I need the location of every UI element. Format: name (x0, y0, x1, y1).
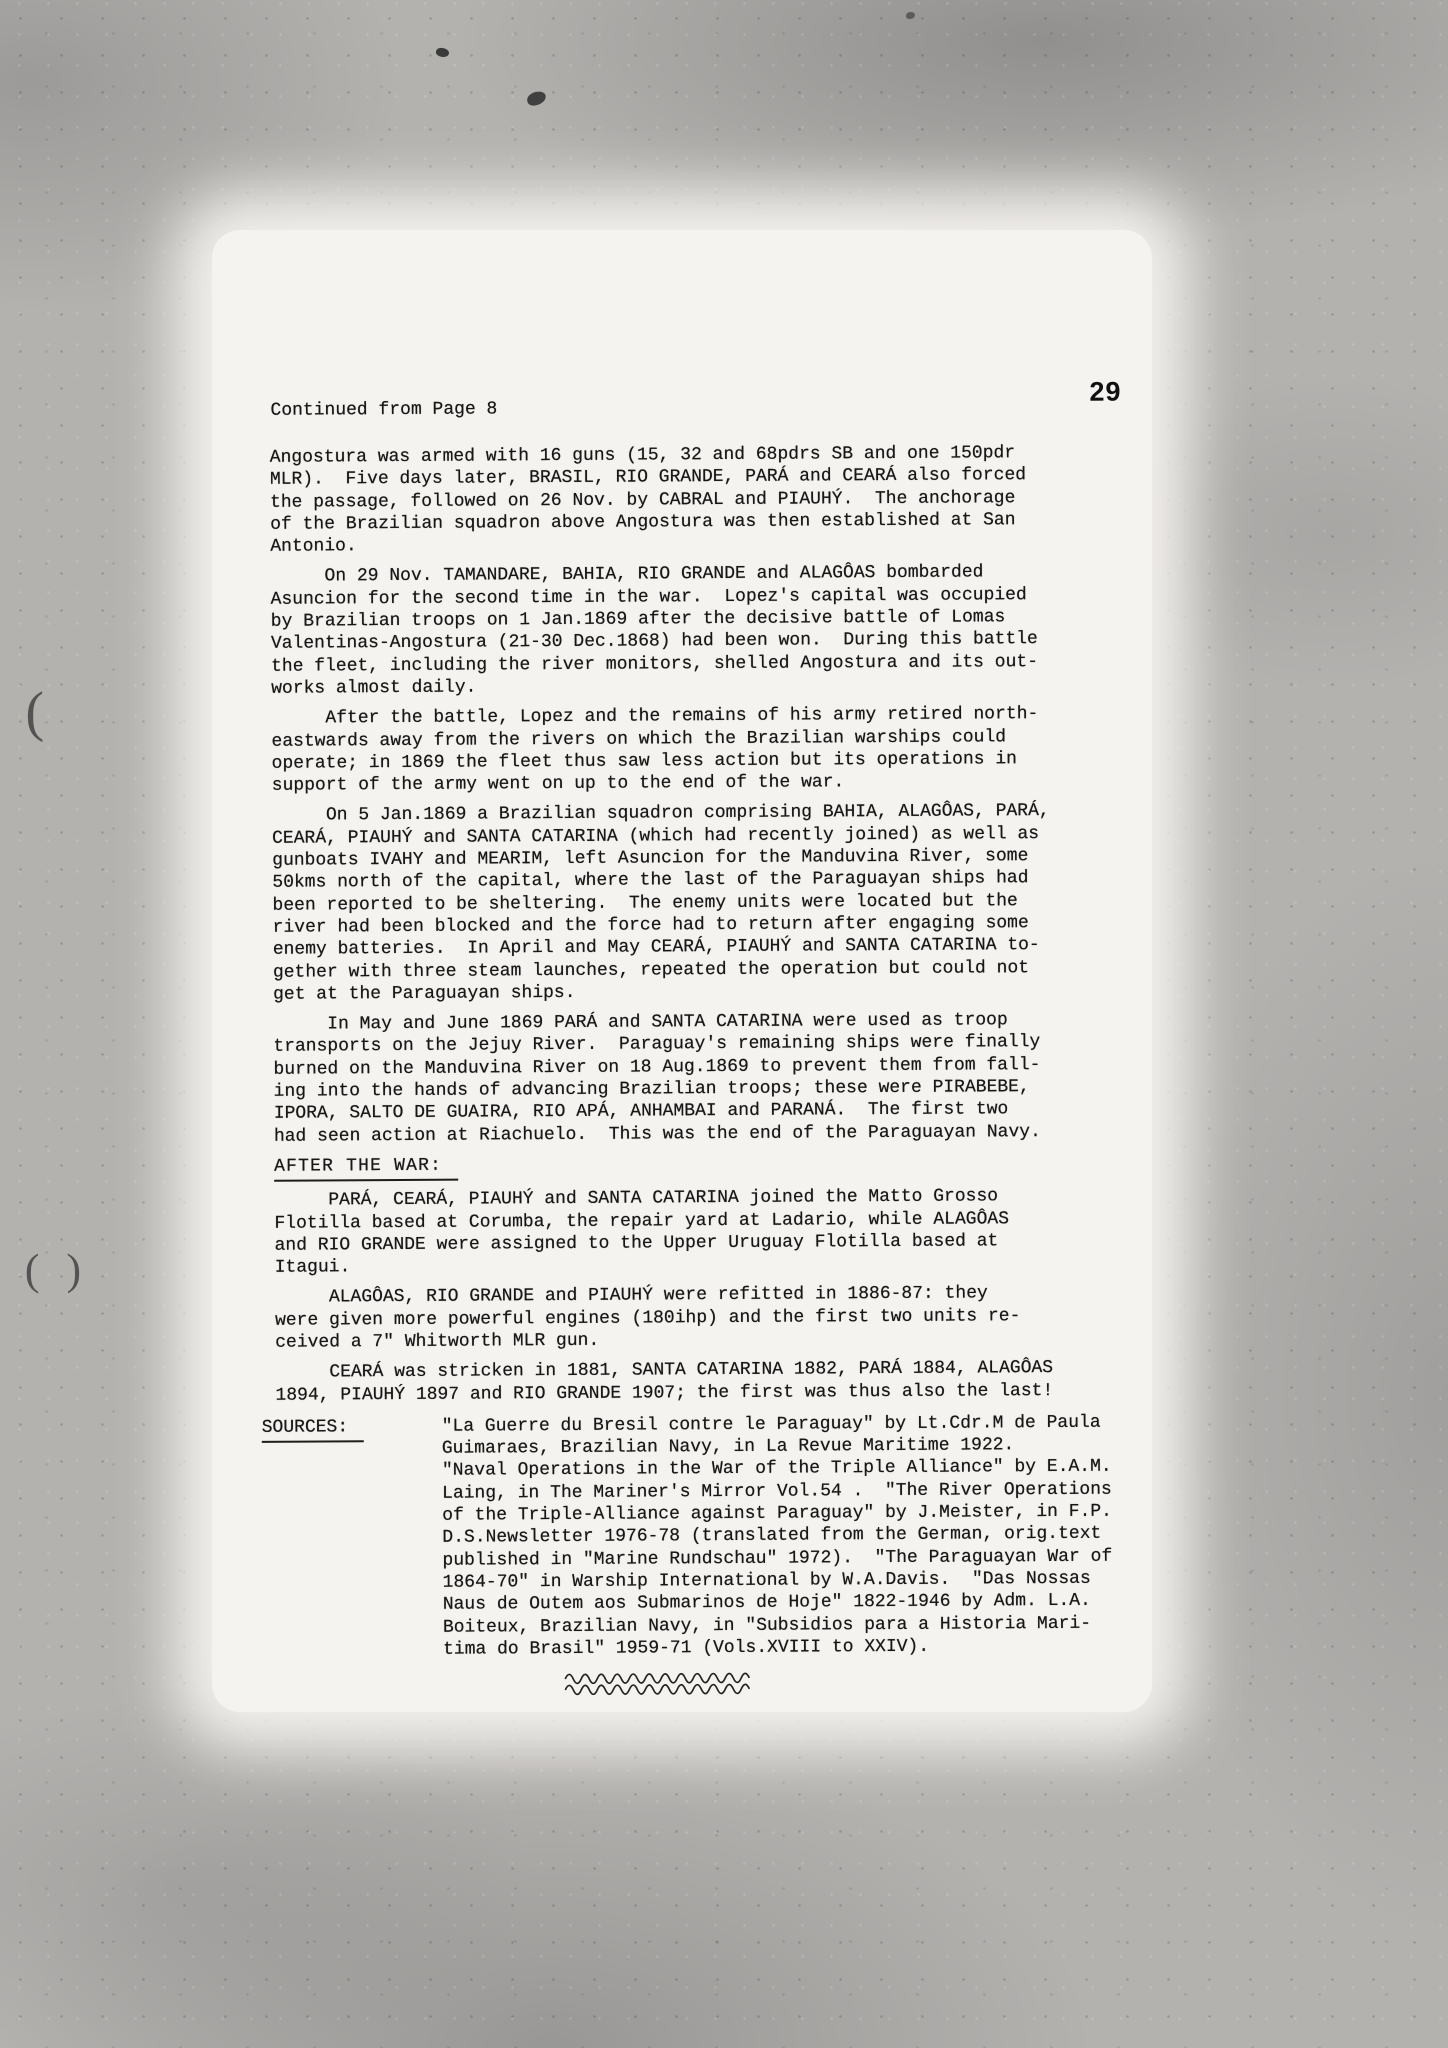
paragraph-refits: ALAGÔAS, RIO GRANDE and PIAUHÝ were refi… (275, 1282, 1180, 1354)
paragraph-asuncion-bombardment: On 29 Nov. TAMANDARE, BAHIA, RIO GRANDE … (270, 561, 1176, 700)
sources-label: SOURCES: (262, 1416, 443, 1662)
wavy-line-divider (563, 1669, 763, 1698)
paragraph-stricken-dates: CEARÁ was stricken in 1881, SANTA CATARI… (275, 1357, 1180, 1407)
margin-mark: ( (25, 680, 44, 744)
section-heading-after-the-war: AFTER THE WAR: (274, 1150, 1179, 1182)
document-body: Angostura was armed with 16 guns (15, 32… (270, 441, 1183, 1700)
page-content: 29 Continued from Page 8 Angostura was a… (0, 0, 1448, 2048)
after-the-war-heading-text: AFTER THE WAR: (274, 1155, 458, 1182)
margin-mark: ( ) (25, 1244, 90, 1295)
paragraph-end-of-paraguayan-navy: In May and June 1869 PARÁ and SANTA CATA… (273, 1008, 1179, 1147)
paragraph-manduvina-expedition: On 5 Jan.1869 a Brazilian squadron compr… (272, 800, 1178, 1006)
scanned-document-page: 29 Continued from Page 8 Angostura was a… (0, 0, 1448, 2048)
sources-section: SOURCES: "La Guerre du Bresil contre le … (262, 1411, 1182, 1662)
continued-note: Continued from Page 8 (270, 399, 497, 420)
sources-text: "La Guerre du Bresil contre le Paraguay"… (442, 1412, 1113, 1661)
page-number: 29 (1089, 377, 1121, 408)
sources-label-text: SOURCES: (262, 1416, 365, 1443)
paragraph-after-battle: After the battle, Lopez and the remains … (271, 703, 1177, 798)
paragraph-angostura: Angostura was armed with 16 guns (15, 32… (270, 441, 1176, 558)
paragraph-flotilla-assignments: PARÁ, CEARÁ, PIAUHÝ and SANTA CATARINA j… (274, 1184, 1180, 1279)
